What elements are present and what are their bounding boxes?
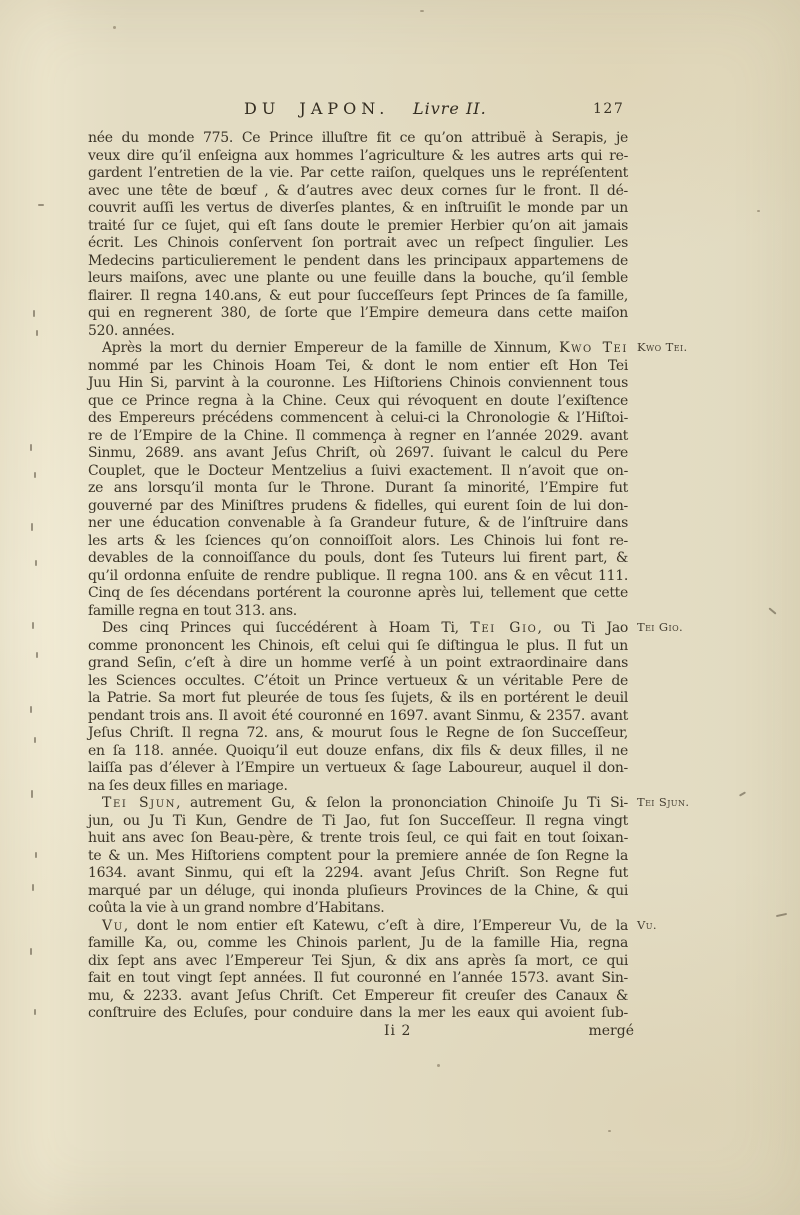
paper-speck xyxy=(608,1130,611,1132)
text-line: leurs maiſons, avec une plante ou une fe… xyxy=(88,270,628,288)
text-line: Sinmu, 2689. ans avant Jeſus Chriſt, où … xyxy=(88,445,628,463)
smallcaps-name: Tei Sjun xyxy=(102,795,176,811)
margin-note: Tei Gio. xyxy=(637,621,727,634)
text-line: devables de la connoiſſance du pouls, do… xyxy=(88,550,628,568)
text-line: Vu, dont le nom entier eſt Katewu, c’eſt… xyxy=(88,918,628,936)
text-line: qui en regnerent 380, de ſorte que l’Emp… xyxy=(88,305,628,323)
text-line: Couplet, que le Docteur Mentzelius a ſui… xyxy=(88,463,628,481)
smallcaps-name: Vu xyxy=(102,918,124,934)
paper-speck xyxy=(113,26,116,29)
text-line: comme prononcent les Chinois, eſt celui … xyxy=(88,638,628,656)
text-line: Des cinq Princes qui ſuccédérent à Hoam … xyxy=(88,620,628,638)
text-line: pendant trois ans. Il avoit été couronné… xyxy=(88,708,628,726)
margin-note: Kwo Tei. xyxy=(637,341,727,354)
text-line: les Sciences occultes. C’étoit un Prince… xyxy=(88,673,628,691)
running-title: DU JAPON. xyxy=(244,99,389,118)
text-line: la Patrie. Sa mort fut pleurée de tous ſ… xyxy=(88,690,628,708)
text-line: veux dire qu’il enſeigna aux hommes l’ag… xyxy=(88,148,628,166)
margin-tick xyxy=(35,560,37,566)
text-line: marqué par un déluge, qui inonda pluſieu… xyxy=(88,883,628,901)
margin-tick xyxy=(33,310,35,317)
text-line: famille regna en tout 313. ans. xyxy=(88,603,628,621)
margin-note: Tei Sjun. xyxy=(637,796,727,809)
text-line: re de l’Empire de la Chine. Il commença … xyxy=(88,428,628,446)
margin-tick xyxy=(35,852,37,858)
book-part-title: Livre II. xyxy=(413,99,487,118)
text-line: huit ans avec ſon Beau-père, & trente tr… xyxy=(88,830,628,848)
pen-mark xyxy=(768,607,776,614)
text-line: des Empereurs précédens commencent à cel… xyxy=(88,410,628,428)
signature-row: Ii 2 mergé xyxy=(88,1023,628,1041)
smallcaps-name: Tei Gio xyxy=(470,620,537,636)
margin-tick xyxy=(30,706,32,713)
margin-tick xyxy=(38,204,44,206)
margin-tick xyxy=(31,790,33,798)
page-number: 127 xyxy=(593,101,624,117)
book-page: DU JAPON. Livre II. 127 née du monde 775… xyxy=(0,0,800,1215)
paper-speck xyxy=(437,1064,440,1067)
text-line: avec une tête de bœuf , & d’autres avec … xyxy=(88,183,628,201)
text-line: Cinq de ſes décendans portérent la couro… xyxy=(88,585,628,603)
pen-mark xyxy=(776,913,787,917)
text-line: Juu Hin Si, parvint à la couronne. Les H… xyxy=(88,375,628,393)
text-line: coûta la vie à un grand nombre d’Habitan… xyxy=(88,900,628,918)
page-header: DU JAPON. Livre II. 127 xyxy=(88,99,628,121)
text-line: flairer. Il regna 140.ans, & eut pour ſu… xyxy=(88,288,628,306)
margin-tick xyxy=(31,523,33,531)
catchword: mergé xyxy=(589,1023,635,1041)
text-line: née du monde 775. Ce Prince illuſtre fit… xyxy=(88,130,628,148)
margin-tick xyxy=(32,884,34,891)
text-line: ner une éducation convenable à ſa Grande… xyxy=(88,515,628,533)
text-line: Medecins particulierement le pendent dan… xyxy=(88,253,628,271)
gathering-signature: Ii 2 xyxy=(384,1023,411,1041)
text-line: couvrit auſſi les vertus de diverſes pla… xyxy=(88,200,628,218)
text-line: Jeſus Chriſt. Il regna 72. ans, & mourut… xyxy=(88,725,628,743)
text-line: 520. années. xyxy=(88,323,628,341)
text-line: famille Ka, ou, comme les Chinois parlen… xyxy=(88,935,628,953)
margin-tick xyxy=(34,472,36,478)
text-line: laiſſa pas d’élever à l’Empire un vertue… xyxy=(88,760,628,778)
text-line: dix ſept ans avec l’Empereur Tei Sjun, &… xyxy=(88,953,628,971)
margin-tick xyxy=(30,444,32,451)
body-text: née du monde 775. Ce Prince illuſtre fit… xyxy=(88,130,628,1041)
text-line: grand Seſin, c’eſt à dire un homme verſé… xyxy=(88,655,628,673)
text-line: nommé par les Chinois Hoam Tei, & dont l… xyxy=(88,358,628,376)
text-line: fait en tout vingt ſept années. Il fut c… xyxy=(88,970,628,988)
text-line: les arts & les ſciences qu’on connoiſſoi… xyxy=(88,533,628,551)
text-line: te & un. Mes Hiſtoriens comptent pour la… xyxy=(88,848,628,866)
margin-tick xyxy=(36,652,38,658)
margin-tick xyxy=(34,1009,36,1015)
text-line: en ſa 118. année. Quoiqu’il eut douze en… xyxy=(88,743,628,761)
text-line: gouverné par des Miniſtres prudens & fid… xyxy=(88,498,628,516)
text-line: Tei Sjun, autrement Gu, & ſelon la prono… xyxy=(88,795,628,813)
margin-note: Vu. xyxy=(637,919,727,932)
paper-speck xyxy=(420,10,424,12)
margin-tick xyxy=(34,737,36,743)
text-line: ze ans lorsqu’il monta ſur le Throne. Du… xyxy=(88,480,628,498)
paper-speck xyxy=(757,210,760,212)
text-line: qu’il ordonna enſuite de rendre publique… xyxy=(88,568,628,586)
smallcaps-name: Kwo Tei xyxy=(559,340,628,356)
text-line: Après la mort du dernier Empereur de la … xyxy=(88,340,628,358)
text-line: écrit. Les Chinois conſervent ſon portra… xyxy=(88,235,628,253)
margin-tick xyxy=(30,948,32,955)
text-line: traité ſur ce ſujet, qui eſt ſans doute … xyxy=(88,218,628,236)
text-line: que ce Prince regna à la Chine. Ceux qui… xyxy=(88,393,628,411)
text-line: jun, ou Ju Ti Kun, Gendre de Ti Jao, fut… xyxy=(88,813,628,831)
text-line: na ſes deux filles en mariage. xyxy=(88,778,628,796)
margin-tick xyxy=(36,330,38,336)
text-line: 1634. avant Sinmu, qui eſt la 2294. avan… xyxy=(88,865,628,883)
text-line: mu, & 2233. avant Jeſus Chriſt. Cet Empe… xyxy=(88,988,628,1006)
text-line: conſtruire des Ecluſes, pour conduire da… xyxy=(88,1005,628,1023)
pen-mark xyxy=(739,791,746,796)
margin-tick xyxy=(32,622,34,629)
text-line: gardent l’entretien de la vie. Par cette… xyxy=(88,165,628,183)
